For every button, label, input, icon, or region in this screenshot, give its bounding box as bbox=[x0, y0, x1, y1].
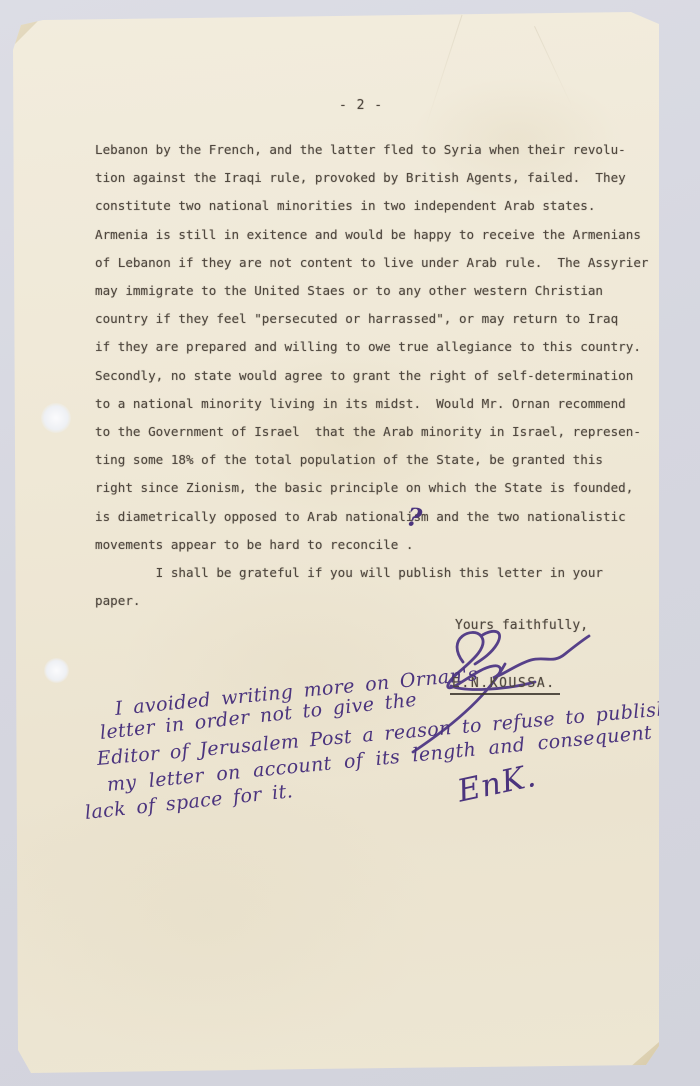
typed-line: if they are prepared and willing to owe … bbox=[95, 333, 649, 361]
typed-line: to the Government of Israel that the Ara… bbox=[95, 418, 649, 446]
typed-line: ting some 18% of the total population of… bbox=[95, 446, 649, 474]
typed-line: paper. bbox=[95, 587, 649, 615]
typed-body: Lebanon by the French, and the latter fl… bbox=[95, 136, 649, 615]
corner-fold-bottom-right bbox=[629, 1042, 659, 1068]
typed-line: Armenia is still in exitence and would b… bbox=[95, 221, 649, 249]
typed-line: right since Zionism, the basic principle… bbox=[95, 474, 649, 502]
typed-line: to a national minority living in its mid… bbox=[95, 390, 649, 418]
typed-line: of Lebanon if they are not content to li… bbox=[95, 249, 649, 277]
typed-line: tion against the Iraqi rule, provoked by… bbox=[95, 164, 649, 192]
corner-fold-top-left bbox=[15, 18, 41, 44]
paper-crease bbox=[424, 15, 462, 129]
letter-page: - 2 - Lebanon by the French, and the lat… bbox=[13, 12, 659, 1073]
paper-hole-mark bbox=[41, 403, 71, 433]
typed-line: I shall be grateful if you will publish … bbox=[95, 559, 649, 587]
typed-line: movements appear to be hard to reconcile… bbox=[95, 531, 649, 559]
typed-line: is diametrically opposed to Arab nationa… bbox=[95, 503, 649, 531]
typed-line: country if they feel "persecuted or harr… bbox=[95, 305, 649, 333]
paper-hole-mark bbox=[44, 658, 69, 683]
scan-background: - 2 - Lebanon by the French, and the lat… bbox=[0, 0, 700, 1086]
page-number: - 2 - bbox=[339, 98, 383, 113]
typed-line: Secondly, no state would agree to grant … bbox=[95, 362, 649, 390]
typed-line: may immigrate to the United Staes or to … bbox=[95, 277, 649, 305]
paper-crease bbox=[534, 26, 573, 108]
typed-line: constitute two national minorities in tw… bbox=[95, 192, 649, 220]
typed-line: Lebanon by the French, and the latter fl… bbox=[95, 136, 649, 164]
